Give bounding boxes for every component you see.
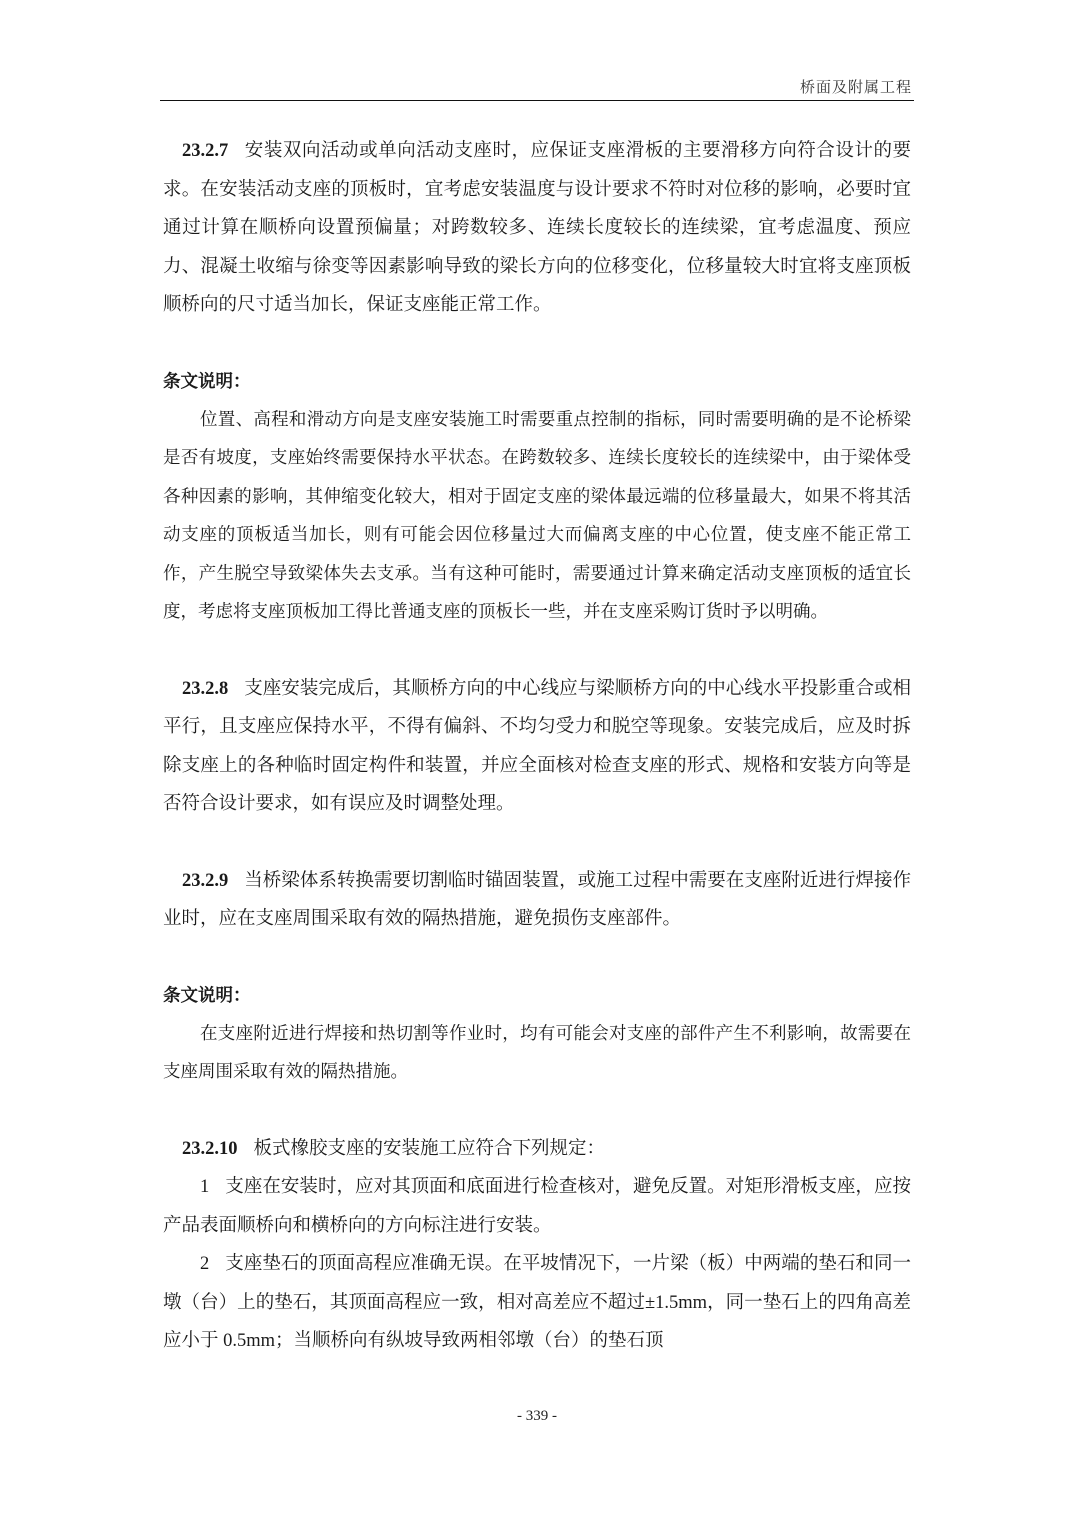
clause-23-2-10: 23.2.10板式橡胶支座的安装施工应符合下列规定： bbox=[163, 1130, 911, 1169]
running-header-title: 桥面及附属工程 bbox=[800, 76, 912, 97]
clause-number: 23.2.7 bbox=[182, 141, 228, 161]
spacer bbox=[163, 1092, 911, 1130]
clause-text: 板式橡胶支座的安装施工应符合下列规定： bbox=[254, 1139, 606, 1159]
list-item: 1支座在安装时，应对其顶面和底面进行检查核对，避免反置。对矩形滑板支座，应按产品… bbox=[163, 1168, 911, 1245]
spacer bbox=[163, 632, 911, 670]
list-item: 2支座垫石的顶面高程应准确无误。在平坡情况下，一片梁（板）中两端的垫石和同一墩（… bbox=[163, 1245, 911, 1361]
note-text: 位置、高程和滑动方向是支座安装施工时需要重点控制的指标，同时需要明确的是不论桥梁… bbox=[163, 401, 911, 632]
clause-23-2-8: 23.2.8支座安装完成后，其顺桥方向的中心线应与梁顺桥方向的中心线水平投影重合… bbox=[163, 670, 911, 824]
clause-text: 安装双向活动或单向活动支座时，应保证支座滑板的主要滑移方向符合设计的要求。在安装… bbox=[163, 141, 911, 315]
note-text: 在支座附近进行焊接和热切割等作业时，均有可能会对支座的部件产生不利影响，故需要在… bbox=[163, 1015, 911, 1092]
clause-number: 23.2.9 bbox=[182, 871, 228, 891]
clause-text: 当桥梁体系转换需要切割临时锚固装置，或施工过程中需要在支座附近进行焊接作业时，应… bbox=[163, 871, 911, 930]
spacer bbox=[163, 939, 911, 977]
item-text: 支座在安装时，应对其顶面和底面进行检查核对，避免反置。对矩形滑板支座，应按产品表… bbox=[163, 1177, 911, 1236]
clause-text: 支座安装完成后，其顺桥方向的中心线应与梁顺桥方向的中心线水平投影重合或相平行，且… bbox=[163, 679, 911, 815]
spacer bbox=[163, 824, 911, 862]
clause-23-2-7: 23.2.7安装双向活动或单向活动支座时，应保证支座滑板的主要滑移方向符合设计的… bbox=[163, 132, 911, 325]
note-heading: 条文说明： bbox=[163, 977, 911, 1015]
clause-number: 23.2.10 bbox=[182, 1139, 238, 1159]
clause-23-2-9: 23.2.9当桥梁体系转换需要切割临时锚固装置，或施工过程中需要在支座附近进行焊… bbox=[163, 862, 911, 939]
item-text: 支座垫石的顶面高程应准确无误。在平坡情况下，一片梁（板）中两端的垫石和同一墩（台… bbox=[163, 1254, 911, 1351]
clause-number: 23.2.8 bbox=[182, 679, 228, 699]
note-heading: 条文说明： bbox=[163, 363, 911, 401]
page-number: - 339 - bbox=[0, 1408, 1074, 1425]
page-header: 桥面及附属工程 bbox=[160, 72, 914, 101]
item-number: 1 bbox=[200, 1177, 209, 1197]
spacer bbox=[163, 325, 911, 363]
item-number: 2 bbox=[200, 1254, 209, 1274]
page-body: 23.2.7安装双向活动或单向活动支座时，应保证支座滑板的主要滑移方向符合设计的… bbox=[163, 132, 911, 1361]
